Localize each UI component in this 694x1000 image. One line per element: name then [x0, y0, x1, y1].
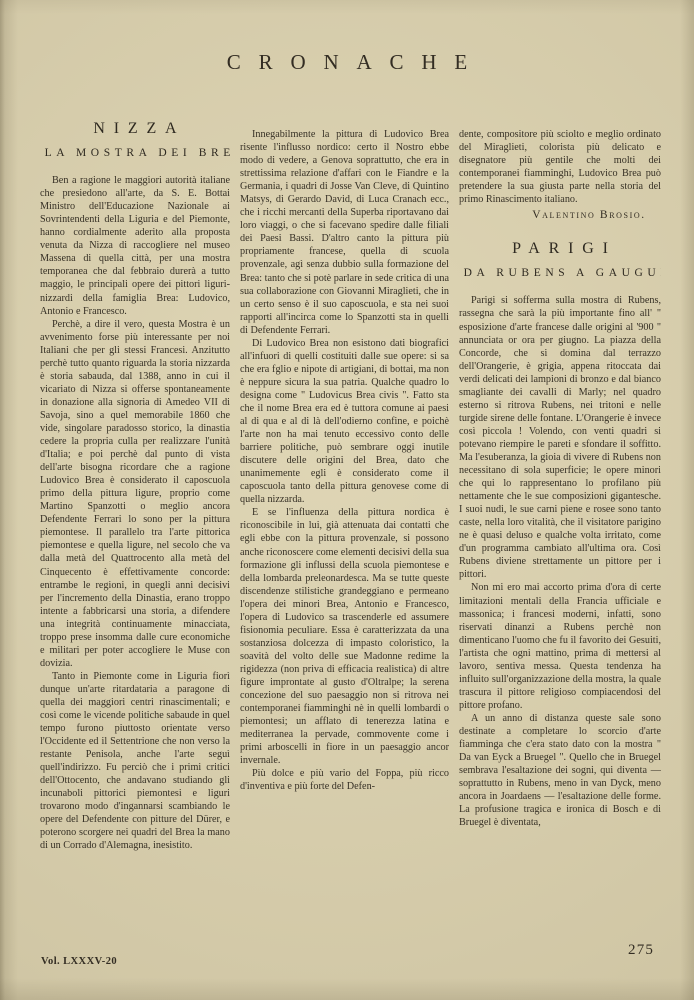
column-3: dente, compositore più sciolto e meglio …	[459, 128, 661, 928]
paragraph-col1-3: Tanto in Piemonte come in Liguria fiorì …	[40, 670, 230, 853]
paragraph-col1-2: Perchè, a dire il vero, questa Mostra è …	[40, 318, 230, 670]
paragraph-col3-3: A un anno di distanza queste sale sono d…	[459, 712, 661, 829]
masthead-title: CRONACHE	[0, 50, 694, 75]
article-parigi-subtitle: DA RUBENS A GAUGUIN	[459, 267, 661, 280]
masthead: CRONACHE	[0, 50, 694, 75]
paragraph-col3-continuation: dente, compositore più sciolto e meglio …	[459, 128, 661, 206]
paragraph-col2-4: Più dolce e più vario del Foppa, più ric…	[240, 767, 449, 793]
paragraph-col2-2: Di Ludovico Brea non esistono dati biogr…	[240, 337, 449, 507]
paragraph-col2-1: Innegabilmente la pittura di Ludovico Br…	[240, 128, 449, 337]
article-nizza-subtitle: LA MOSTRA DEI BREA	[40, 147, 230, 160]
volume-label: Vol. LXXXV-20	[41, 956, 117, 967]
column-1: NIZZA LA MOSTRA DEI BREA Ben a ragione l…	[40, 122, 230, 970]
paragraph-col3-1: Parigi si sofferma sulla mostra di Ruben…	[459, 294, 661, 581]
paragraph-col1-1: Ben a ragione le maggiori autorità itali…	[40, 174, 230, 318]
article-nizza-title: NIZZA	[40, 122, 230, 135]
page-number: 275	[628, 942, 654, 959]
paragraph-col2-3: E se l'influenza della pittura nordica è…	[240, 506, 449, 767]
author-signature: Valentino Brosio.	[459, 209, 661, 222]
article-parigi-title: PARIGI	[459, 242, 661, 255]
paragraph-col3-2: Non mi ero mai accorto prima d'ora di ce…	[459, 581, 661, 711]
column-2: Innegabilmente la pittura di Ludovico Br…	[240, 128, 449, 966]
magazine-page: CRONACHE NIZZA LA MOSTRA DEI BREA Ben a …	[0, 0, 694, 1000]
